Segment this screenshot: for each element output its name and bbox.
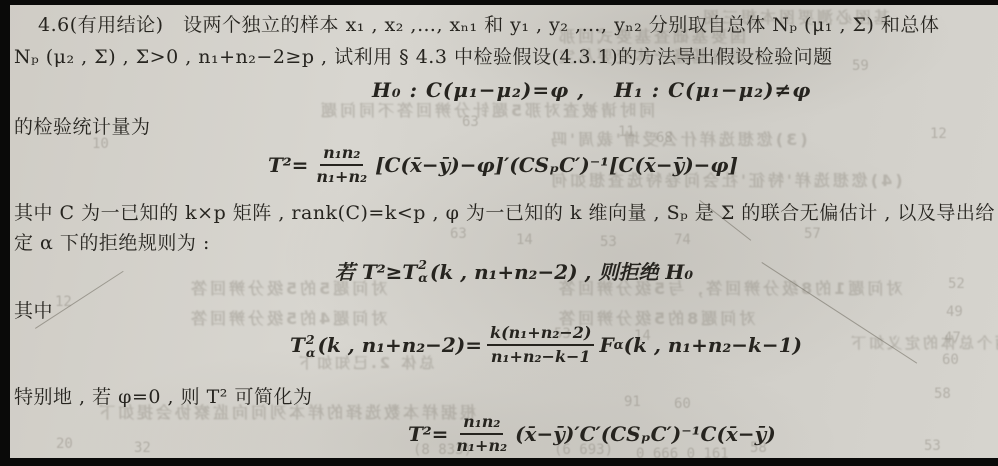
ghost-bleedthrough-number: 91 [624, 394, 641, 410]
ghost-bleedthrough-number: 12 [55, 294, 72, 310]
problem-statement-line1: 4.6(有用结论) 设两个独立的样本 x₁ , x₂ ,…, xₙ₁ 和 y₁ … [38, 10, 939, 37]
fraction-denominator: n₁+n₂ [453, 435, 510, 456]
rejection-rule-formula: 若 T²≥T 2 α (k , n₁+n₂−2) , 则拒绝 H₀ [335, 256, 693, 284]
formula-rhs: [C(x̄−ȳ)−φ]′(CSₚC′)⁻¹[C(x̄−ȳ)−φ] [375, 153, 738, 177]
where-clause-line1: 其中 C 为一已知的 k×p 矩阵 , rank(C)=k<p , φ 为一已知… [14, 198, 995, 225]
fraction: n₁n₂ n₁+n₂ [453, 412, 510, 456]
formula-lhs: T²= [408, 422, 448, 446]
critical-value-formula: T 2 α (k , n₁+n₂−2)= k(n₁+n₂−2) n₁+n₂−k−… [290, 323, 802, 367]
ghost-bleedthrough-number: 58 [934, 386, 951, 402]
fraction-denominator: n₁+n₂ [313, 166, 370, 187]
sup-sub-stack: 2 α [306, 333, 316, 359]
rejection-rule-pre: 若 T²≥T [335, 256, 417, 285]
formula-rhs: (x̄−ȳ)′C′(CSₚC′)⁻¹C(x̄−ȳ) [515, 422, 776, 446]
ghost-bleedthrough-number: 59 [852, 58, 869, 74]
ghost-bleedthrough-number: 49 [946, 304, 963, 320]
ghost-bleedthrough-number: 57 [804, 226, 821, 242]
ghost-bleedthrough-number: 47 [944, 330, 961, 346]
subscript: α [418, 271, 428, 284]
scan-edge-bottom [0, 458, 998, 466]
special-case-text: 特别地 , 若 φ=0 , 则 T² 可简化为 [14, 382, 312, 409]
fraction: k(n₁+n₂−2) n₁+n₂−k−1 [487, 323, 594, 367]
fraction-numerator: n₁n₂ [460, 412, 503, 435]
ghost-bleedthrough-number: 52 [948, 276, 965, 292]
ghost-bleedthrough-text: 两个总体的定义如下 [848, 332, 998, 353]
fraction-numerator: n₁n₂ [320, 143, 363, 166]
sup-sub-stack: 2 α [418, 258, 428, 284]
t2-statistic-formula: T²= n₁n₂ n₁+n₂ [C(x̄−ȳ)−φ]′(CSₚC′)⁻¹[C(x… [268, 143, 738, 187]
problem-statement-line2: Nₚ (μ₂ , Σ) , Σ>0 , n₁+n₂−2≥p , 试利用 § 4.… [14, 42, 833, 69]
f-subscript: α [614, 338, 624, 353]
scanned-textbook-page: 基图必测要图本想三图 国要基础查基要式回那 定有基隆一体变要丛宝 同时请被查对那… [0, 0, 998, 466]
ghost-bleedthrough-number: 12 [930, 126, 947, 142]
where-clause-line2: 定 α 下的拒绝规则为 : [14, 228, 210, 255]
ghost-bleedthrough-number: 74 [674, 232, 691, 248]
fraction: n₁n₂ n₁+n₂ [313, 143, 370, 187]
formula-lhs: T²= [268, 153, 308, 177]
ghost-bleedthrough-number: 60 [942, 352, 959, 368]
ghost-bleedthrough-number: 53 [600, 234, 617, 250]
rejection-rule-post: (k , n₁+n₂−2) , 则拒绝 H₀ [430, 256, 693, 285]
ghost-bleedthrough-number: 14 [516, 232, 533, 248]
ghost-bleedthrough-number: 32 [134, 440, 151, 456]
ghost-bleedthrough-number: 63 [450, 226, 467, 242]
hypotheses-formula: H₀ : C(μ₁−μ₂)=φ , H₁ : C(μ₁−μ₂)≠φ [372, 74, 811, 103]
formula-args-equals: (k , n₁+n₂−2)= [318, 333, 482, 357]
where-word: 其中 [14, 296, 53, 323]
ghost-bleedthrough-number: 53 [924, 438, 941, 454]
fraction-numerator: k(n₁+n₂−2) [487, 323, 594, 346]
subscript: α [306, 346, 316, 359]
ghost-bleedthrough-number: 20 [56, 436, 73, 452]
f-symbol: F [599, 333, 613, 357]
ghost-bleedthrough-number: 60 [674, 396, 691, 412]
t-symbol: T [290, 333, 305, 357]
f-args: (k , n₁+n₂−k−1) [624, 333, 802, 357]
ghost-bleedthrough-number: 63 [462, 114, 479, 130]
statistic-intro-text: 的检验统计量为 [14, 112, 151, 139]
scan-edge-top [0, 0, 998, 5]
simplified-t2-formula: T²= n₁n₂ n₁+n₂ (x̄−ȳ)′C′(CSₚC′)⁻¹C(x̄−ȳ) [408, 412, 776, 456]
ghost-bleedthrough-number: 11 [618, 124, 635, 140]
fraction-denominator: n₁+n₂−k−1 [488, 346, 594, 367]
scan-edge-left [0, 0, 10, 466]
